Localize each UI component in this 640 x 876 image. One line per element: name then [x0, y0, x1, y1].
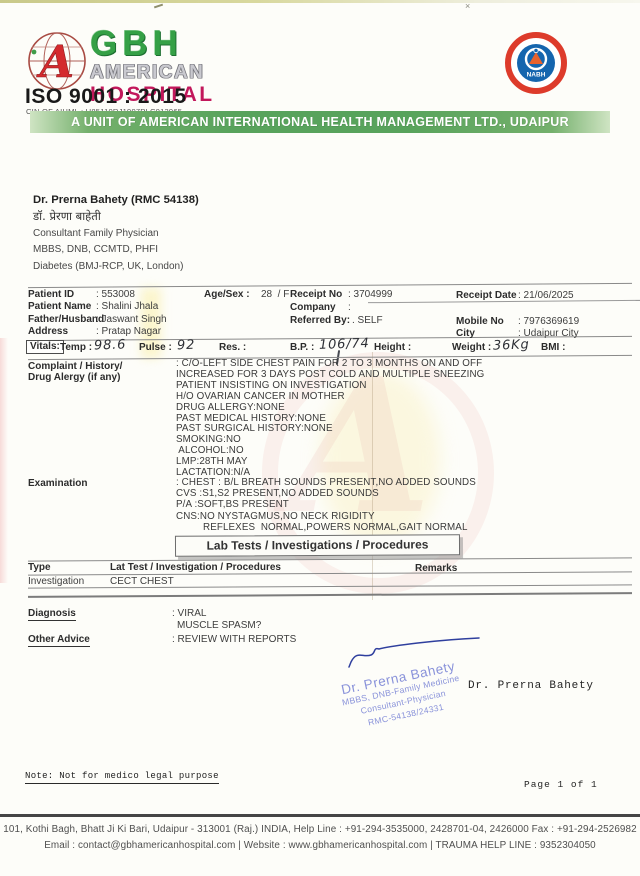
divider-line	[28, 592, 632, 597]
brand-gbh-text: GBH	[90, 26, 215, 61]
patient-id-value: : 553008	[96, 289, 135, 300]
doctor-title: Consultant Family Physician	[33, 227, 199, 240]
temp-label: Temp :	[60, 342, 92, 353]
receipt-date-label: Receipt Date	[456, 290, 517, 301]
examination-line: CVS :S1,S2 PRESENT,NO ADDED SOUNDS	[176, 488, 476, 499]
receipt-no-value: : 3704999	[348, 289, 393, 300]
complaint-line: DRUG ALLERGY:NONE	[176, 403, 484, 414]
unit-banner: A UNIT OF AMERICAN INTERNATIONAL HEALTH …	[30, 111, 610, 133]
scan-streak	[0, 338, 8, 583]
complaint-line: H/O OVARIAN CANCER IN MOTHER	[176, 392, 484, 403]
vitals-section-label: Vitals:	[26, 340, 64, 354]
footer-address: 101, Kothi Bagh, Bhatt Ji Ki Bari, Udaip…	[0, 822, 640, 838]
referred-by-value: . SELF	[352, 315, 383, 326]
scan-edge-artifact	[0, 0, 640, 3]
footer-divider	[0, 814, 640, 817]
address-label: Address	[28, 326, 68, 337]
father-husband-label: Father/Husband	[28, 314, 104, 325]
pulse-label: Pulse :	[139, 342, 172, 353]
table-row-test: CECT CHEST	[110, 576, 174, 587]
diagnosis-line1: : VIRAL	[172, 608, 206, 619]
scan-speck	[154, 4, 163, 9]
footer: 101, Kothi Bagh, Bhatt Ji Ki Bari, Udaip…	[0, 822, 640, 854]
doctor-fellowship: Diabetes (BMJ-RCP, UK, London)	[33, 260, 199, 273]
patient-id-label: Patient ID	[28, 289, 74, 300]
pulse-value-handwritten: 92	[177, 338, 196, 354]
address-value: : Pratap Nagar	[96, 326, 161, 337]
examination-line: P/A :SOFT,BS PRESENT	[176, 499, 476, 510]
examination-line: : CHEST : B/L BREATH SOUNDS PRESENT,NO A…	[176, 477, 476, 488]
receipt-no-label: Receipt No	[290, 289, 342, 300]
receipt-date-value: : 21/06/2025	[518, 290, 574, 301]
company-label: Company	[290, 302, 336, 313]
table-col-type: Type	[28, 562, 51, 573]
father-husband-value: : Jaswant Singh	[96, 314, 167, 325]
examination-label: Examination	[28, 478, 87, 489]
prescription-page: × A A GBH AMERICAN HOSPITAL ISO 9001 : 2…	[0, 0, 640, 876]
table-row-type: Investigation	[28, 576, 84, 587]
doctor-name-hindi: डॉ. प्रेरणा बाहेती	[33, 210, 199, 223]
weight-label: Weight :	[452, 342, 491, 353]
mobile-no-label: Mobile No	[456, 316, 504, 327]
referred-by-label: Referred By:	[290, 315, 350, 326]
weight-value-handwritten: 36Kg	[493, 337, 530, 353]
age-sex-value: 28 / F	[261, 289, 289, 300]
examination-line: REFLEXES NORMAL,POWERS NORMAL,GAIT NORMA…	[176, 522, 476, 533]
bp-label: B.P. :	[290, 342, 314, 353]
brand-american-text: AMERICAN	[90, 63, 215, 82]
company-value: :	[348, 302, 351, 313]
city-label: City	[456, 328, 475, 339]
height-label: Height :	[374, 342, 411, 353]
other-advice-value: : REVIEW WITH REPORTS	[172, 634, 296, 645]
page-number: Page 1 of 1	[524, 779, 598, 790]
footer-contacts: Email : contact@gbhamericanhospital.com …	[0, 838, 640, 854]
complaint-label-line2: Drug Alergy (if any)	[28, 372, 120, 383]
doctor-qualifications: MBBS, DNB, CCMTD, PHFI	[33, 243, 199, 256]
svg-text:NABH: NABH	[527, 72, 546, 79]
examination-text: : CHEST : B/L BREATH SOUNDS PRESENT,NO A…	[176, 477, 476, 533]
svg-text:A: A	[36, 37, 74, 88]
temp-value-handwritten: 98.6	[94, 337, 127, 353]
doctor-typed-name: Dr. Prerna Bahety	[468, 680, 594, 692]
bmi-label: BMI :	[541, 342, 565, 353]
patient-name-value: : Shalini Jhala	[96, 301, 158, 312]
diagnosis-line2: MUSCLE SPASM?	[177, 620, 261, 631]
scan-speck: ×	[465, 2, 473, 10]
diagnosis-label: Diagnosis	[28, 608, 76, 621]
medico-legal-note: Note: Not for medico legal purpose	[25, 771, 219, 784]
doctor-block: Dr. Prerna Bahety (RMC 54138) डॉ. प्रेरण…	[33, 194, 199, 273]
mobile-no-value: : 7976369619	[518, 316, 579, 327]
bp-value-handwritten: 106/74	[319, 336, 370, 353]
table-col-test: Lat Test / Investigation / Procedures	[110, 562, 281, 573]
examination-line: CNS:NO NYSTAGMUS,NO NECK RIGIDITY	[176, 511, 476, 522]
age-sex-label: Age/Sex :	[204, 289, 250, 300]
complaint-history-text: : C/O-LEFT SIDE CHEST PAIN FOR 2 TO 3 MO…	[176, 359, 484, 479]
doctor-name: Dr. Prerna Bahety (RMC 54138)	[33, 194, 199, 207]
patient-name-label: Patient Name	[28, 301, 91, 312]
lab-tests-section-header: Lab Tests / Investigations / Procedures	[175, 534, 460, 556]
other-advice-label: Other Advice	[28, 634, 90, 647]
iso-certification: ISO 9001 : 2015	[25, 85, 187, 109]
complaint-label-line1: Complaint / History/	[28, 361, 122, 372]
divider-line	[28, 283, 632, 289]
nabh-accreditation-logo-icon: NABH	[505, 32, 567, 94]
res-label: Res. :	[219, 342, 246, 353]
